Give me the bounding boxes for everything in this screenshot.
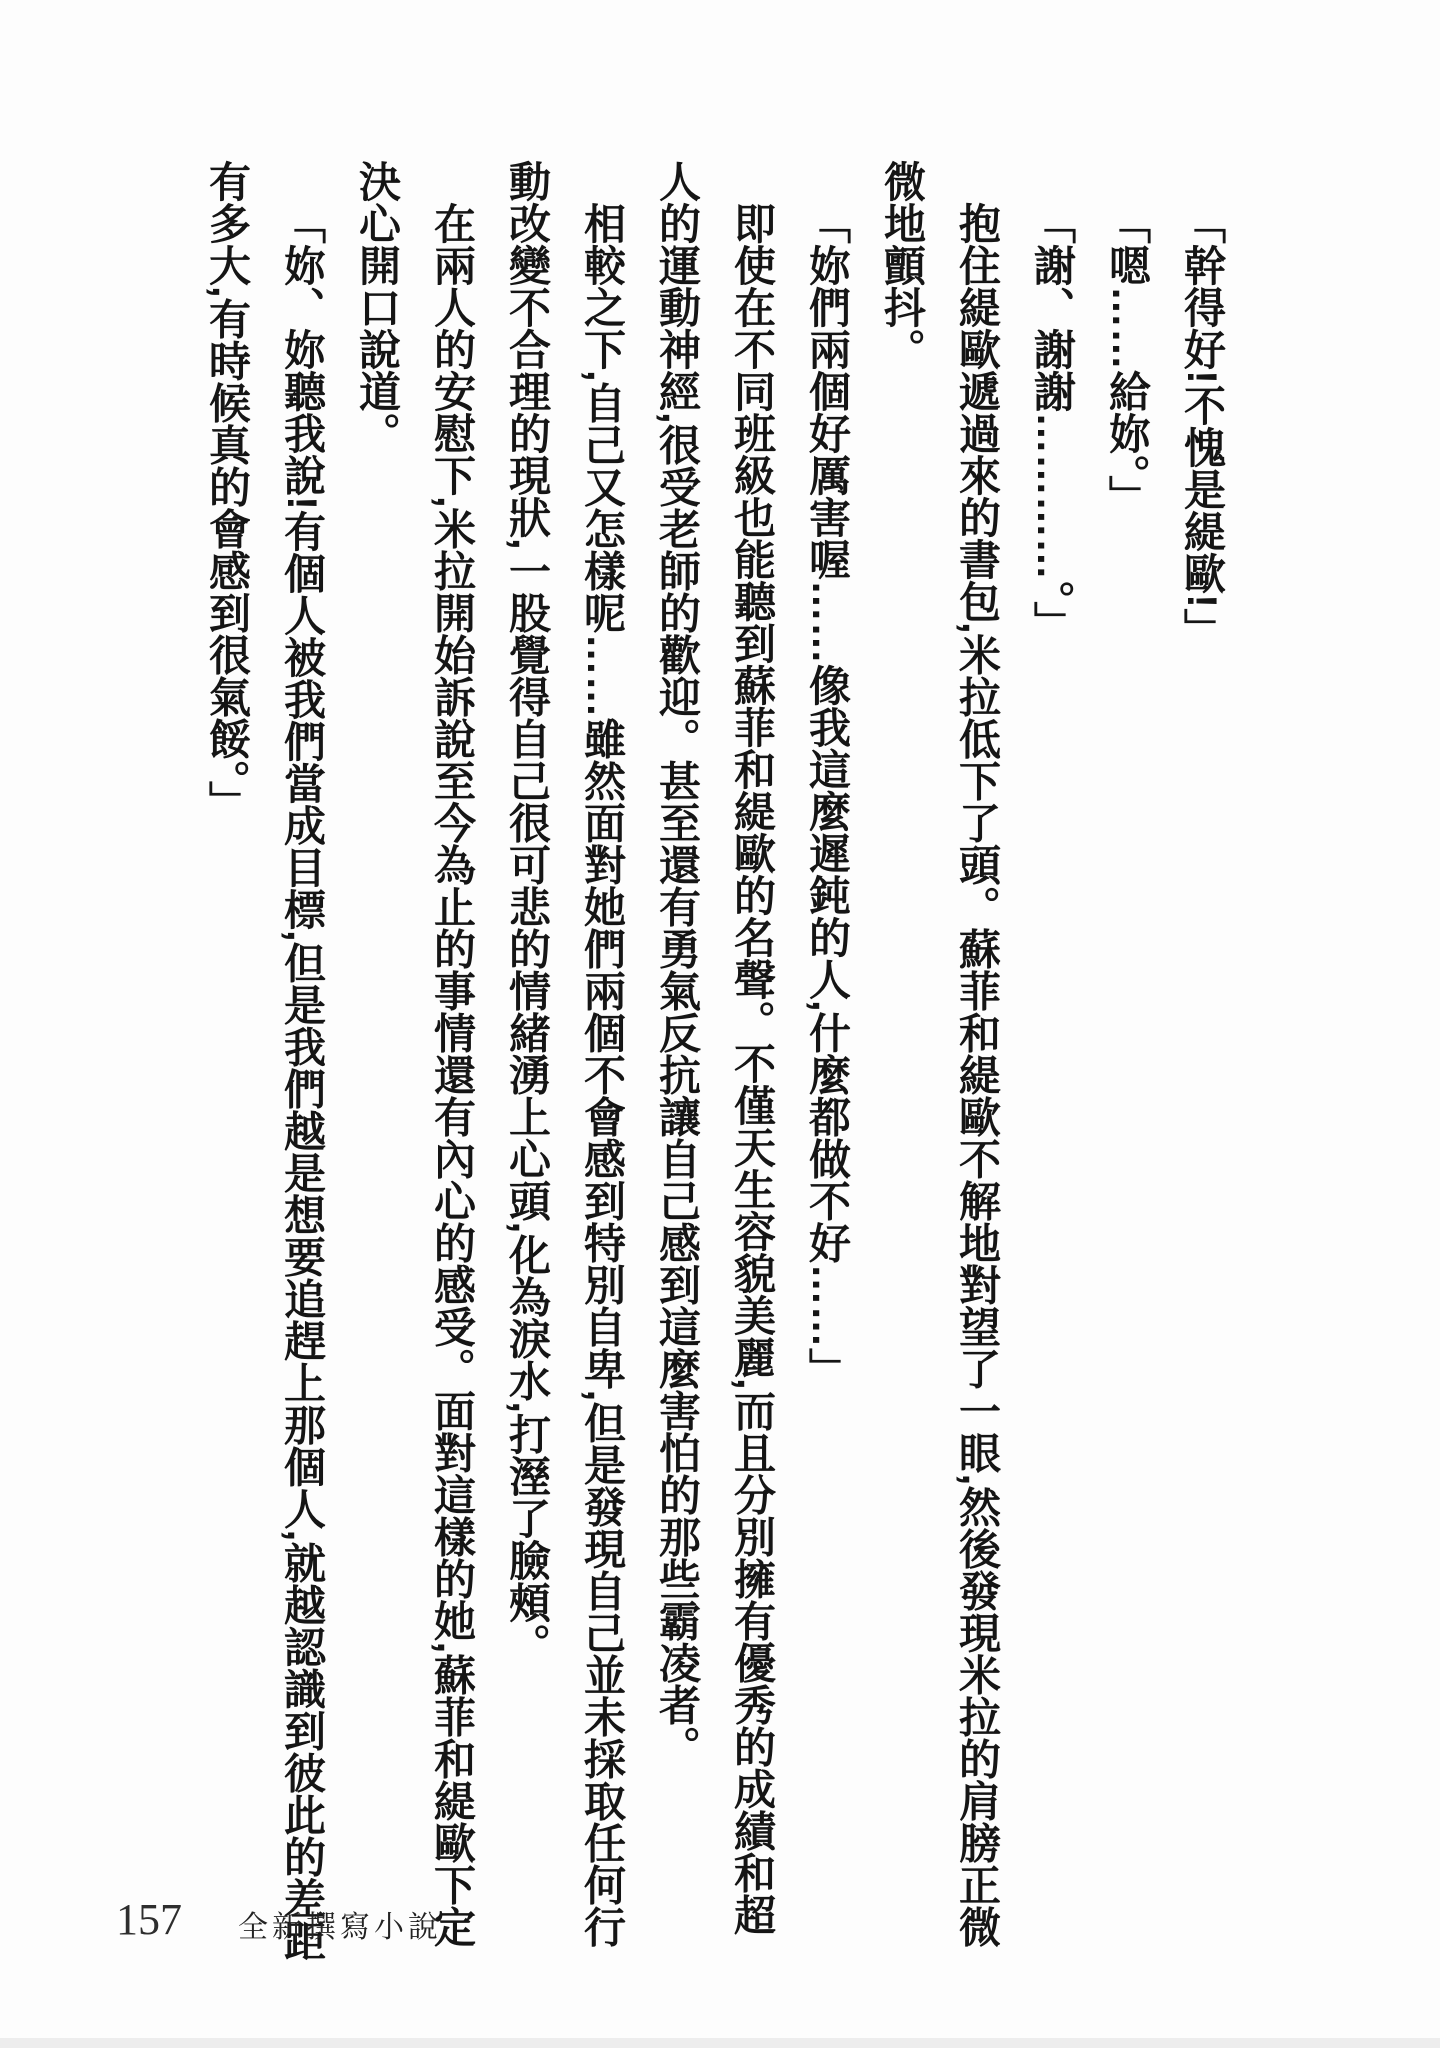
paragraph-narration-1: 抱住緹歐遞過來的書包,米拉低下了頭。蘇菲和緹歐不解地對望了一眼,然後發現米拉的肩…: [865, 160, 1015, 1968]
footer: 157 全新撰寫小說: [0, 1890, 1440, 1950]
paragraph-narration-3: 相較之下,自己又怎樣呢……雖然面對她們兩個不會感到特別自卑,但是發現自己並未採取…: [490, 160, 640, 1968]
paragraph-dialogue-1: 「幹得好!不愧是緹歐!」: [1165, 160, 1240, 1968]
paragraph-narration-4: 在兩人的安慰下,米拉開始訴說至今為止的事情還有內心的感受。面對這樣的她,蘇菲和緹…: [340, 160, 490, 1968]
paragraph-dialogue-5: 「妳、妳聽我說!有個人被我們當成目標,但是我們越是想要追趕上那個人,就越認識到彼…: [190, 160, 340, 1968]
paragraph-dialogue-2: 「嗯……給妳。」: [1090, 160, 1165, 1968]
paragraph-dialogue-3: 「謝、謝謝…………。」: [1015, 160, 1090, 1968]
page-number: 157: [116, 1894, 182, 1945]
book-page: 「幹得好!不愧是緹歐!」 「嗯……給妳。」 「謝、謝謝…………。」 抱住緹歐遞過…: [0, 0, 1440, 2048]
running-title: 全新撰寫小說: [238, 1902, 442, 1946]
vertical-text-body: 「幹得好!不愧是緹歐!」 「嗯……給妳。」 「謝、謝謝…………。」 抱住緹歐遞過…: [190, 160, 1240, 1968]
paragraph-narration-2: 即使在不同班級也能聽到蘇菲和緹歐的名聲。不僅天生容貌美麗,而且分別擁有優秀的成績…: [640, 160, 790, 1968]
scan-edge-artifact: [0, 2038, 1440, 2048]
paragraph-dialogue-4: 「妳們兩個好厲害喔……像我這麼遲鈍的人,什麼都做不好……」: [790, 160, 865, 1968]
